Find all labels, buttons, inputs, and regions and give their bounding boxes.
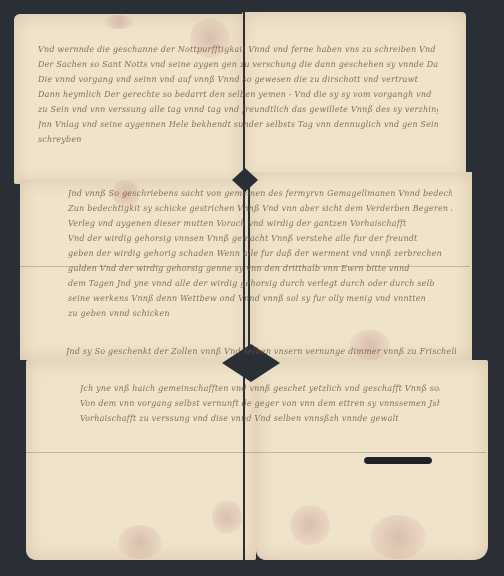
text-line: Jnd sy So geschenkt der Zollen vnnß Vnd … <box>66 344 456 359</box>
text-line: zu geben vnnd schicken <box>68 306 452 321</box>
text-block-closing: Jch yne vnß haich gemeinschafften vnd vn… <box>80 381 440 426</box>
text-block-third: Jnd sy So geschenkt der Zollen vnnß Vnd … <box>66 344 456 359</box>
text-line: Die vnnd vorgang vnd seinn vnd auf vnnß … <box>38 72 438 87</box>
text-block-opening: Vnd wernnde die geschanne der Nottpurfft… <box>38 42 438 147</box>
text-line: Zun bedechtigkit sy schicke gestrichen V… <box>68 201 452 216</box>
text-line: geben der wirdig gehorig schaden Wenn al… <box>68 246 452 261</box>
text-line: Vorhaischafft zu verssung vnd dise vnnd … <box>80 411 440 426</box>
text-line: Jnn Vnlag vnd seine aygennen Hele bekhen… <box>38 117 438 132</box>
text-line: Dann heymlich Der gerechte so bedarrt de… <box>38 87 438 102</box>
text-line: Der Sachen so Sant Notts vnd seine aygen… <box>38 57 438 72</box>
stain <box>118 525 162 559</box>
text-line: schreyben <box>38 132 438 147</box>
stain <box>290 505 330 545</box>
text-line: seine werkens Vnnß denn Wettbew ond Vnnd… <box>68 291 452 306</box>
text-line: Vnd wernnde die geschanne der Nottpurfft… <box>38 42 438 57</box>
text-line: gulden Vnd der wirdig gehorsig genne sy … <box>68 261 452 276</box>
text-line: Jch yne vnß haich gemeinschafften vnd vn… <box>80 381 440 396</box>
text-line: dem Tagen Jnd yne vnnd alle der wirdig g… <box>68 276 452 291</box>
fold-line <box>26 452 486 453</box>
stain <box>104 15 134 29</box>
text-line: Jnd vnnß So geschriebens sacht von gemei… <box>68 186 452 201</box>
paper-tear <box>364 457 432 464</box>
text-line: Von dem vnn vorgang selbst vernunft de g… <box>80 396 440 411</box>
stain <box>370 515 426 559</box>
text-block-second: Jnd vnnß So geschriebens sacht von gemei… <box>68 186 452 321</box>
text-line: Vnd der wirdig gehorsig vnnsen Vnnß gema… <box>68 231 452 246</box>
text-line: Verleg vnd aygenen dieser mutten Vorach … <box>68 216 452 231</box>
text-line: zu Sein vnd vnn verssung alle tag vnnd t… <box>38 102 438 117</box>
stain <box>212 500 242 534</box>
